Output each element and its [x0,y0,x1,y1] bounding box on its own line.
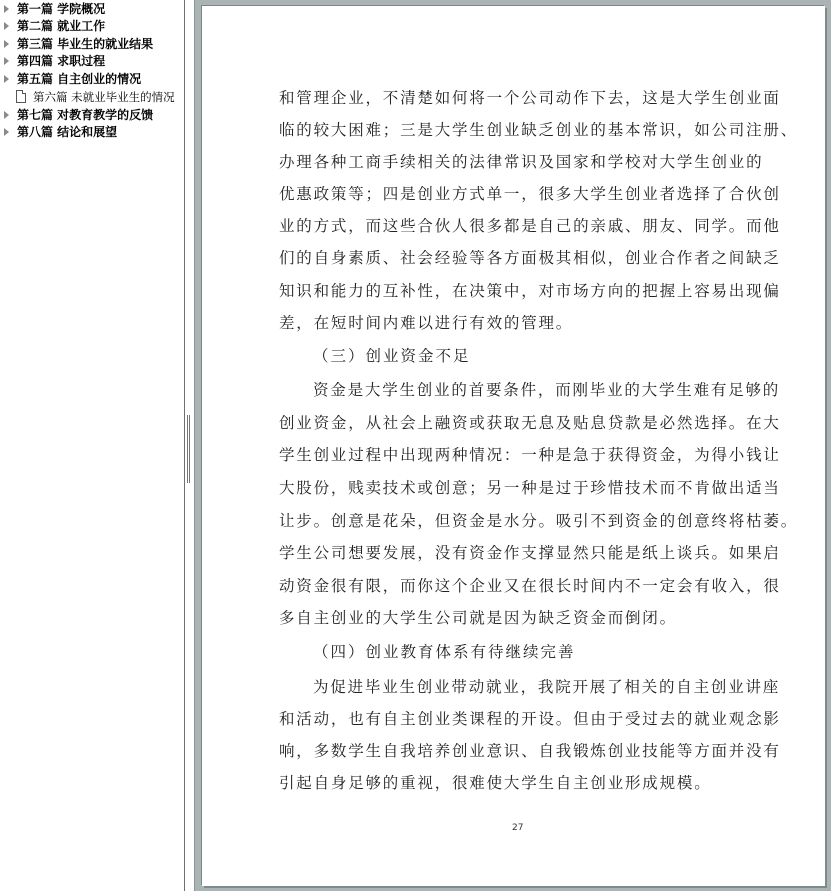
text-line: 学生公司想要发展，没有资金作支撑显然只能是纸上谈兵。如果启 [279,541,759,565]
section-heading: （四）创业教育体系有待继续完善 [313,640,793,664]
text-line: 和活动，也有自主创业类课程的开设。但由于受过去的就业观念影 [279,707,759,731]
splitter-grip-line [187,415,188,483]
expand-arrow-icon[interactable] [4,57,9,65]
expand-arrow-icon[interactable] [4,5,9,13]
bookmark-part-7[interactable]: 第七篇 对教育教学的反馈 [0,106,184,124]
bookmark-label: 第三篇 毕业生的就业结果 [17,35,153,53]
text-line: 多自主创业的大学生公司就是因为缺乏资金而倒闭。 [279,606,759,630]
text-line: 业的方式，而这些合伙人很多都是自己的亲戚、朋友、同学。而他 [279,214,759,238]
expand-arrow-icon[interactable] [4,111,9,119]
bookmark-part-2[interactable]: 第二篇 就业工作 [0,17,184,35]
text-line: 为促进毕业生创业带动就业，我院开展了相关的自主创业讲座 [313,675,793,699]
text-line: 大股份，贱卖技术或创意；另一种是过于珍惜技术而不肯做出适当 [279,476,759,500]
bookmark-label: 第一篇 学院概况 [17,0,105,18]
bookmark-label: 第四篇 求职过程 [17,52,105,70]
bookmark-part-6[interactable]: 第六篇 未就业毕业生的情况 [0,88,184,106]
text-line: 学生创业过程中出现两种情况：一种是急于获得资金，为得小钱让 [279,443,759,467]
text-line: 差，在短时间内难以进行有效的管理。 [279,311,759,335]
text-line: 资金是大学生创业的首要条件，而刚毕业的大学生难有足够的 [313,378,793,402]
text-line: 办理各种工商手续相关的法律常识及国家和学校对大学生创业的 [279,150,759,174]
text-line: 响，多数学生自我培养创业意识、自我锻炼创业技能等方面并没有 [279,739,759,763]
bookmark-label: 第六篇 未就业毕业生的情况 [33,88,175,106]
text-line: 们的自身素质、社会经验等各方面极其相似，创业合作者之间缺乏 [279,246,759,270]
bookmark-label: 第二篇 就业工作 [17,17,105,35]
text-line: 和管理企业，不清楚如何将一个公司动作下去，这是大学生创业面 [279,86,759,110]
text-line: 临的较大困难；三是大学生创业缺乏创业的基本常识，如公司注册、 [279,118,759,142]
expand-arrow-icon[interactable] [4,128,9,136]
bookmark-label: 第八篇 结论和展望 [17,123,117,141]
section-heading: （三）创业资金不足 [313,344,793,368]
bookmark-part-4[interactable]: 第四篇 求职过程 [0,52,184,70]
text-line: 优惠政策等；四是创业方式单一，很多大学生创业者选择了合伙创 [279,182,759,206]
page-number: 27 [512,823,523,833]
bookmarks-panel: 第一篇 学院概况 第二篇 就业工作 第三篇 毕业生的就业结果 第四篇 求职过程 … [0,0,185,891]
expand-arrow-icon[interactable] [4,75,9,83]
bookmark-label: 第七篇 对教育教学的反馈 [17,106,153,124]
splitter-grip-line [189,415,190,483]
bookmark-label: 第五篇 自主创业的情况 [17,70,141,88]
text-line: 创业资金，从社会上融资或获取无息及贴息贷款是必然选择。在大 [279,411,759,435]
panel-splitter[interactable] [185,0,194,891]
bookmark-part-8[interactable]: 第八篇 结论和展望 [0,123,184,141]
text-line: 知识和能力的互补性，在决策中，对市场方向的把握上容易出现偏 [279,279,759,303]
bookmark-part-3[interactable]: 第三篇 毕业生的就业结果 [0,35,184,53]
text-line: 让步。创意是花朵，但资金是水分。吸引不到资金的创意终将枯萎。 [279,509,759,533]
page-icon [16,90,26,103]
text-line: 引起自身足够的重视，很难使大学生自主创业形成规模。 [279,771,759,795]
bookmark-part-5[interactable]: 第五篇 自主创业的情况 [0,70,184,88]
expand-arrow-icon[interactable] [4,22,9,30]
text-line: 动资金很有限，而你这个企业又在很长时间内不一定会有收入，很 [279,574,759,598]
expand-arrow-icon[interactable] [4,40,9,48]
bookmark-part-1[interactable]: 第一篇 学院概况 [0,0,184,18]
